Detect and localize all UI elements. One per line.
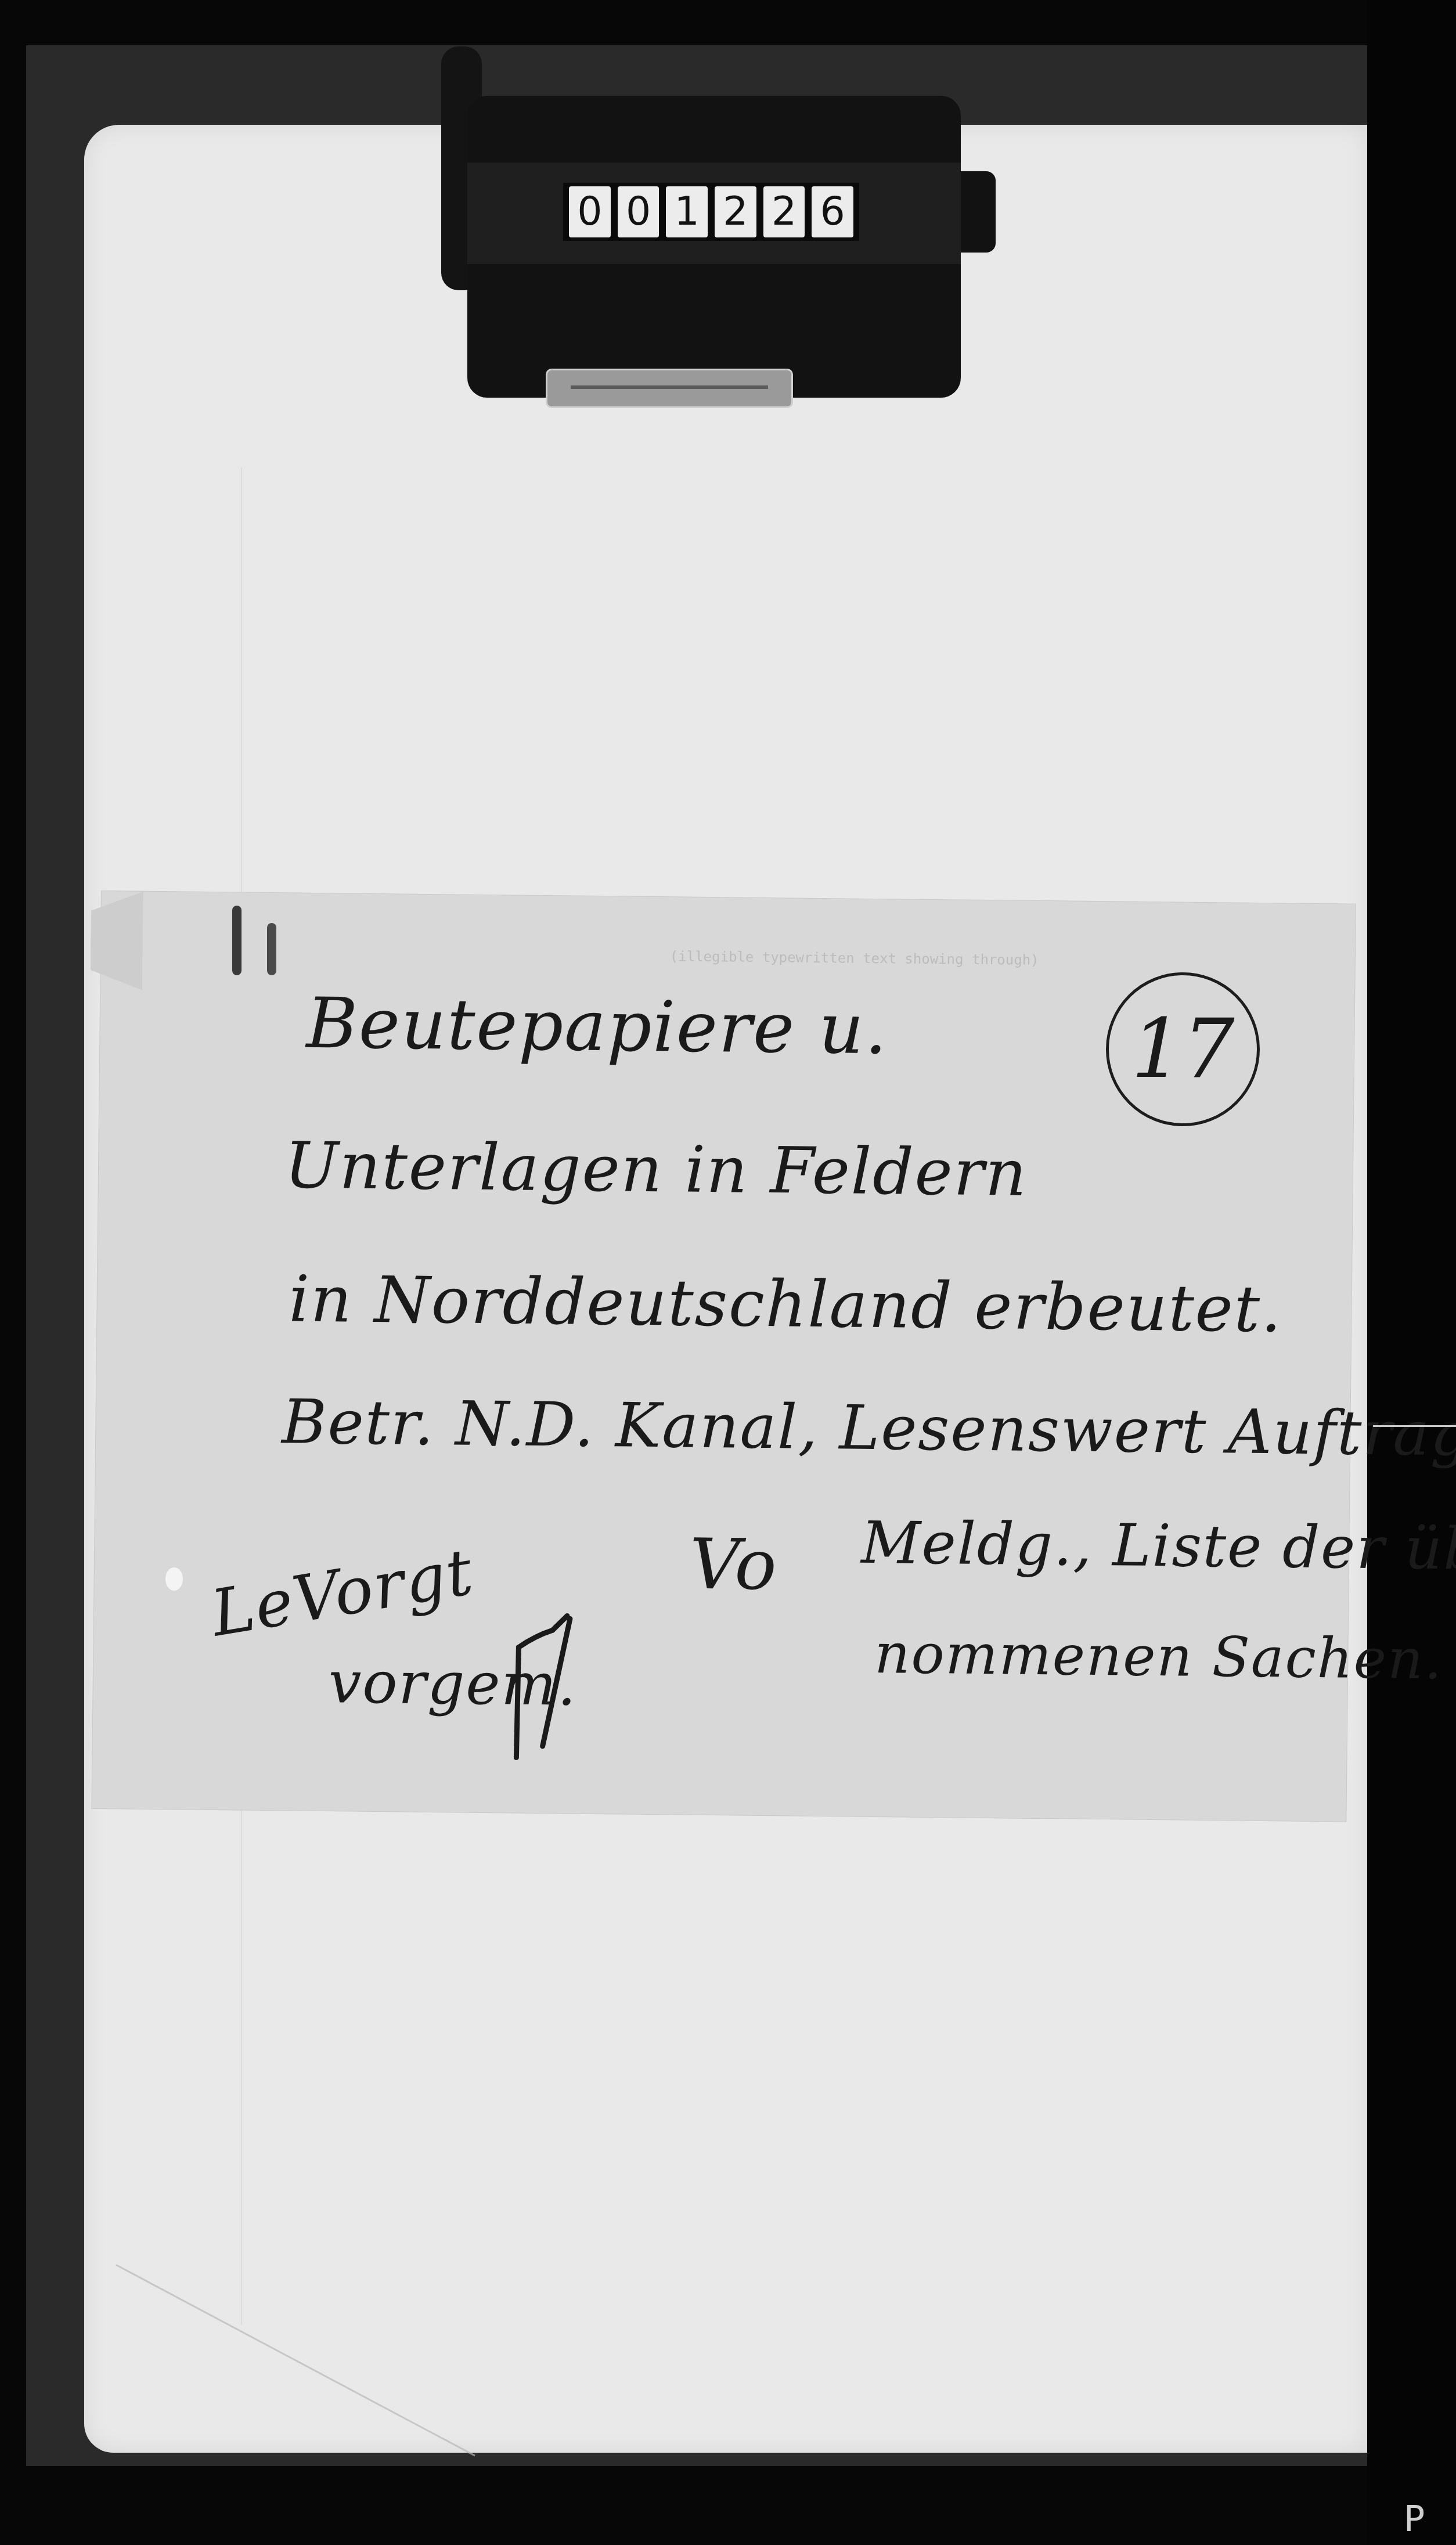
- counter-digit-window: 0 0 1 2 2 6: [563, 183, 859, 241]
- counter-digit: 1: [666, 186, 708, 237]
- counter-digit: 0: [618, 186, 659, 237]
- handwritten-line: nommenen Sachen.: [874, 1622, 1443, 1692]
- handwritten-initials: Vo: [689, 1524, 778, 1606]
- handwritten-line: Beutepapiere u.: [306, 983, 889, 1070]
- handwritten-line: Unterlagen in Feldern: [284, 1128, 1028, 1210]
- counter-body: 0 0 1 2 2 6: [467, 96, 961, 398]
- counter-nameplate: [546, 369, 793, 408]
- staple-mark: [232, 906, 242, 975]
- signature-name: LeVorgt: [206, 1534, 479, 1651]
- handwritten-line: in Norddeutschland erbeutet.: [289, 1261, 1283, 1346]
- film-edge-mark: P: [1404, 2502, 1439, 2545]
- counter-digit: 0: [569, 186, 611, 237]
- handwritten-line: Betr. N.D. Kanal, Lesenswert Auftrag,: [282, 1386, 1456, 1470]
- nameplate-engraving: [571, 385, 768, 389]
- punch-hole: [165, 1567, 183, 1591]
- bleed-through-typewritten-text: (illegible typewritten text showing thro…: [670, 943, 1338, 976]
- frame-counter-device: 0 0 1 2 2 6: [467, 64, 996, 401]
- film-edge-scratch: [1373, 1425, 1456, 1427]
- counter-digit: 2: [715, 186, 756, 237]
- staple-mark: [267, 923, 276, 975]
- circled-folio-number: 17: [1106, 972, 1260, 1126]
- counter-knob: [961, 171, 996, 253]
- film-edge-right: [1367, 0, 1456, 2545]
- handwritten-line: Meldg., Liste der über-: [861, 1509, 1456, 1584]
- counter-digit: 2: [763, 186, 805, 237]
- check-mark-icon: [510, 1612, 576, 1764]
- counter-digit: 6: [812, 186, 853, 237]
